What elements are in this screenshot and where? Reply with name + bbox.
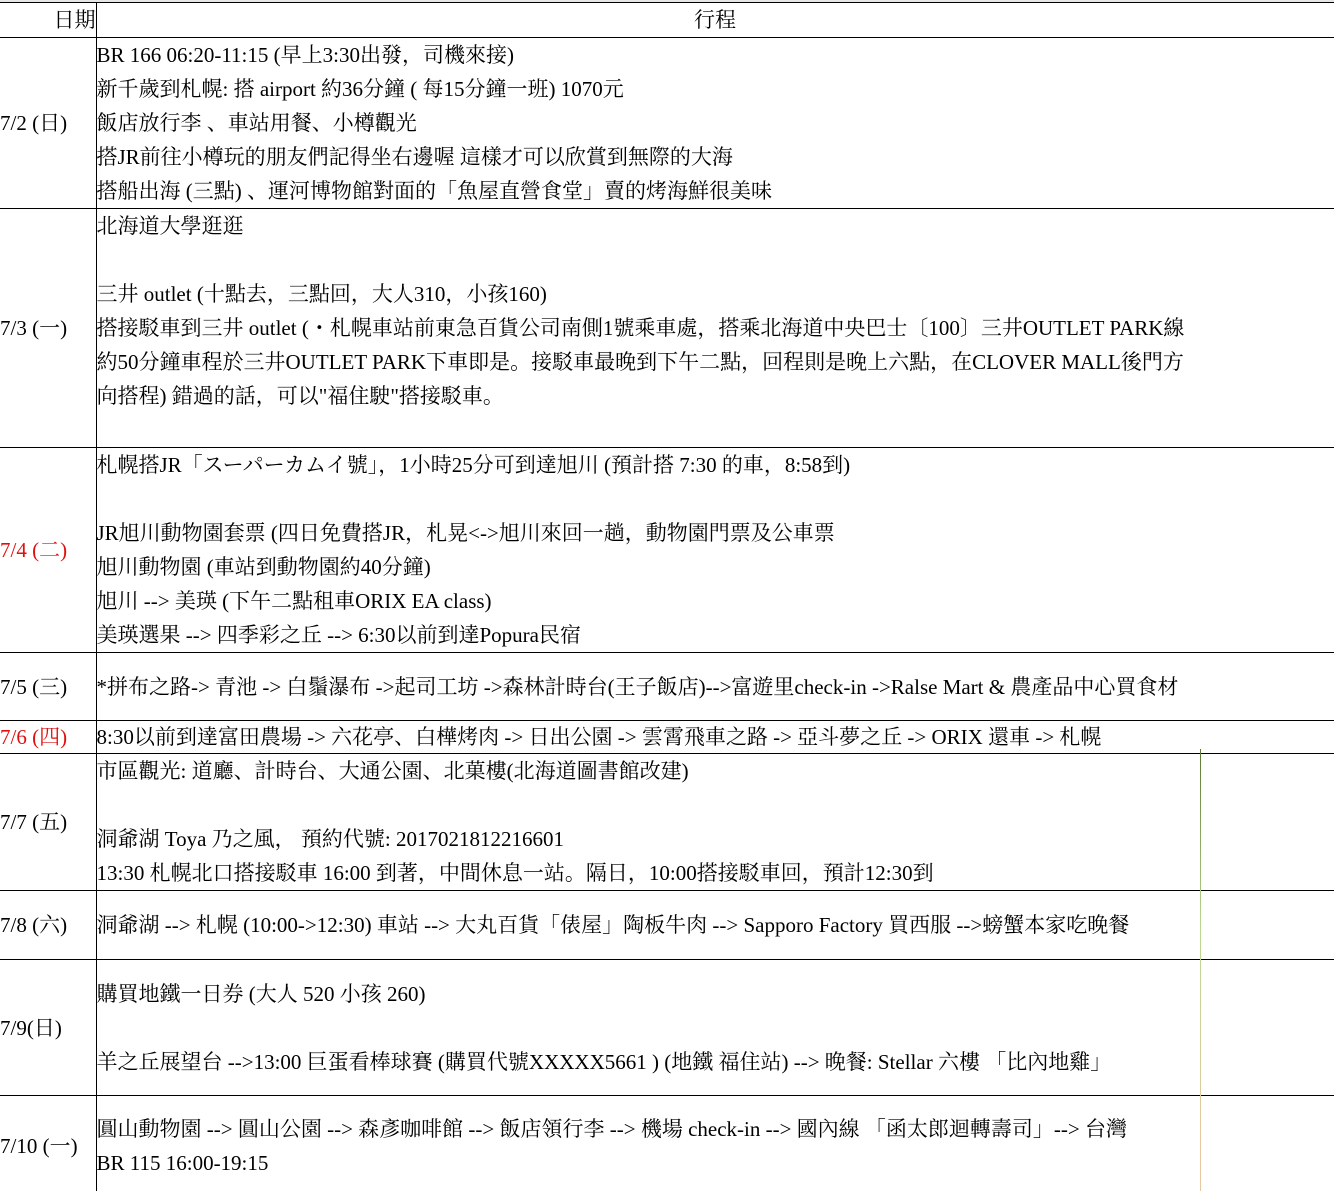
date-cell: 7/2 (日) [0, 38, 96, 209]
itinerary-table: 日期 行程 7/2 (日) BR 166 06:20-11:15 (早上3:30… [0, 2, 1334, 1191]
date-cell: 7/9(日) [0, 960, 96, 1096]
table-row: 7/4 (二) 札幌搭JR「スーパーカムイ號」，1小時25分可到達旭川 (預計搭… [0, 448, 1334, 653]
plan-line: 旭川 --> 美瑛 (下午二點租車ORIX EA class) [97, 584, 1334, 618]
plan-line: 市區觀光: 道廳、計時台、大通公園、北菓樓(北海道圖書館改建) [97, 754, 1334, 788]
plan-line-blank [97, 482, 1334, 516]
table-row: 7/10 (一) 圓山動物園 --> 圓山公園 --> 森彥咖啡館 --> 飯店… [0, 1096, 1334, 1191]
date-cell: 7/3 (一) [0, 209, 96, 448]
plan-line: 購買地鐵一日券 (大人 520 小孩 260) [97, 977, 1334, 1011]
table-row: 7/5 (三) *拼布之路-> 青池 -> 白鬚瀑布 ->起司工坊 ->森林計時… [0, 653, 1334, 721]
plan-line: 8:30以前到達富田農場 -> 六花亭、白樺烤肉 -> 日出公園 -> 雲霄飛車… [97, 721, 1334, 753]
date-cell: 7/5 (三) [0, 653, 96, 721]
plan-line: 約50分鐘車程於三井OUTLET PARK下車即是。接駁車最晚到下午二點，回程則… [97, 345, 1334, 379]
plan-line: 美瑛選果 --> 四季彩之丘 --> 6:30以前到達Popura民宿 [97, 618, 1334, 652]
plan-cell: 8:30以前到達富田農場 -> 六花亭、白樺烤肉 -> 日出公園 -> 雲霄飛車… [96, 721, 1334, 754]
plan-line: 北海道大學逛逛 [97, 209, 1334, 243]
date-cell: 7/10 (一) [0, 1096, 96, 1191]
plan-cell: 札幌搭JR「スーパーカムイ號」，1小時25分可到達旭川 (預計搭 7:30 的車… [96, 448, 1334, 653]
header-date: 日期 [0, 3, 96, 38]
plan-line: 13:30 札幌北口搭接駁車 16:00 到著，中間休息一站。隔日，10:00搭… [97, 856, 1334, 890]
date-cell: 7/8 (六) [0, 891, 96, 960]
page-break-guide-line [1200, 749, 1201, 1191]
plan-line: 札幌搭JR「スーパーカムイ號」，1小時25分可到達旭川 (預計搭 7:30 的車… [97, 448, 1334, 482]
plan-line: 搭JR前往小樽玩的朋友們記得坐右邊喔 這樣才可以欣賞到無際的大海 [97, 140, 1334, 174]
plan-line: BR 166 06:20-11:15 (早上3:30出發，司機來接) [97, 38, 1334, 72]
plan-line: *拼布之路-> 青池 -> 白鬚瀑布 ->起司工坊 ->森林計時台(王子飯店)-… [97, 670, 1334, 704]
plan-cell: BR 166 06:20-11:15 (早上3:30出發，司機來接) 新千歲到札… [96, 38, 1334, 209]
plan-line: 旭川動物園 (車站到動物園約40分鐘) [97, 550, 1334, 584]
plan-cell: *拼布之路-> 青池 -> 白鬚瀑布 ->起司工坊 ->森林計時台(王子飯店)-… [96, 653, 1334, 721]
date-cell: 7/6 (四) [0, 721, 96, 754]
plan-line: 洞爺湖 --> 札幌 (10:00->12:30) 車站 --> 大丸百貨「俵屋… [97, 908, 1334, 942]
table-row: 7/7 (五) 市區觀光: 道廳、計時台、大通公園、北菓樓(北海道圖書館改建) … [0, 754, 1334, 891]
table-row: 7/9(日) 購買地鐵一日券 (大人 520 小孩 260) 羊之丘展望台 --… [0, 960, 1334, 1096]
plan-line-blank [97, 1011, 1334, 1045]
plan-cell: 洞爺湖 --> 札幌 (10:00->12:30) 車站 --> 大丸百貨「俵屋… [96, 891, 1334, 960]
date-cell: 7/4 (二) [0, 448, 96, 653]
table-row: 7/3 (一) 北海道大學逛逛 三井 outlet (十點去，三點回，大人310… [0, 209, 1334, 448]
plan-line: 新千歲到札幌: 搭 airport 約36分鐘 ( 每15分鐘一班) 1070元 [97, 72, 1334, 106]
table-row: 7/8 (六) 洞爺湖 --> 札幌 (10:00->12:30) 車站 -->… [0, 891, 1334, 960]
plan-line: 三井 outlet (十點去，三點回，大人310，小孩160) [97, 277, 1334, 311]
plan-line-blank [97, 413, 1334, 447]
plan-line-blank [97, 788, 1334, 822]
plan-cell: 市區觀光: 道廳、計時台、大通公園、北菓樓(北海道圖書館改建) 洞爺湖 Toya… [96, 754, 1334, 891]
plan-line: 搭船出海 (三點) 、運河博物館對面的「魚屋直營食堂」賣的烤海鮮很美味 [97, 174, 1334, 208]
plan-line: JR旭川動物園套票 (四日免費搭JR，札晃<->旭川來回一趟，動物園門票及公車票 [97, 516, 1334, 550]
plan-line: 搭接駁車到三井 outlet (・札幌車站前東急百貨公司南側1號乘車處，搭乘北海… [97, 311, 1334, 345]
plan-cell: 購買地鐵一日券 (大人 520 小孩 260) 羊之丘展望台 -->13:00 … [96, 960, 1334, 1096]
plan-line-blank [97, 243, 1334, 277]
header-plan: 行程 [96, 3, 1334, 38]
plan-line: 飯店放行李 、車站用餐、小樽觀光 [97, 106, 1334, 140]
plan-cell: 圓山動物園 --> 圓山公園 --> 森彥咖啡館 --> 飯店領行李 --> 機… [96, 1096, 1334, 1191]
header-row: 日期 行程 [0, 3, 1334, 38]
plan-line: 洞爺湖 Toya 乃之風， 預約代號: 2017021812216601 [97, 822, 1334, 856]
plan-line: 羊之丘展望台 -->13:00 巨蛋看棒球賽 (購買代號XXXXX5661 ) … [97, 1045, 1334, 1079]
date-cell: 7/7 (五) [0, 754, 96, 891]
table-row: 7/6 (四) 8:30以前到達富田農場 -> 六花亭、白樺烤肉 -> 日出公園… [0, 721, 1334, 754]
plan-line: BR 115 16:00-19:15 [97, 1146, 1334, 1180]
plan-cell: 北海道大學逛逛 三井 outlet (十點去，三點回，大人310，小孩160) … [96, 209, 1334, 448]
plan-line: 向搭程) 錯過的話，可以"福住駛"搭接駁車。 [97, 379, 1334, 413]
plan-line: 圓山動物園 --> 圓山公園 --> 森彥咖啡館 --> 飯店領行李 --> 機… [97, 1112, 1334, 1146]
table-row: 7/2 (日) BR 166 06:20-11:15 (早上3:30出發，司機來… [0, 38, 1334, 209]
